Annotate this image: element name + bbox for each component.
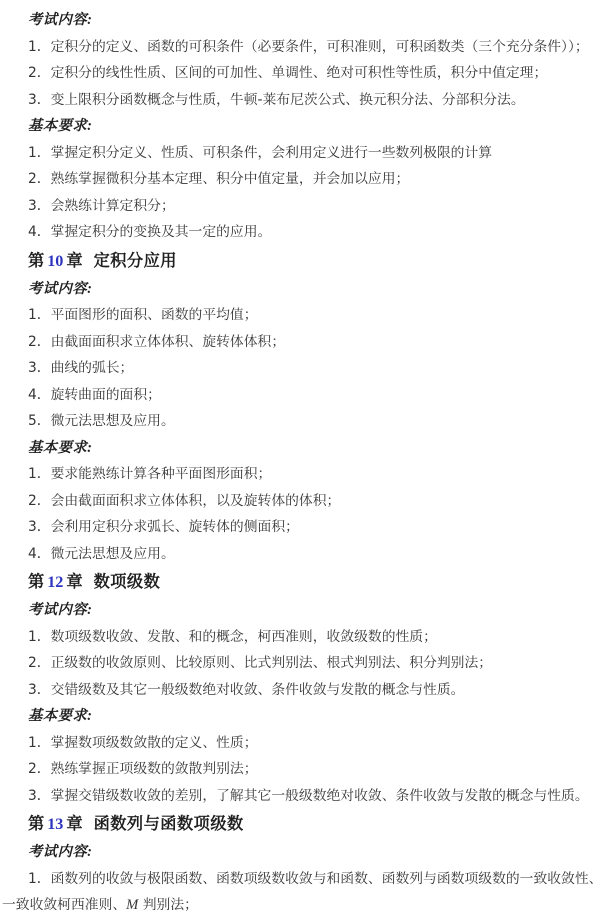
chapter-title: 数项级数: [94, 572, 161, 591]
chapter-number: 12: [44, 573, 66, 591]
list-item: 2．由截面面积求立体体积、旋转体体积；: [2, 329, 610, 356]
list-item-with-math: 1．函数列的收敛与极限函数、函数项级数收敛与和函数、函数列与函数项级数的一致收敛…: [2, 866, 610, 919]
list-item: 1．数项级数收敛、发散、和的概念，柯西准则，收敛级数的性质；: [2, 624, 610, 651]
section-label: 基本要求:: [2, 435, 610, 462]
section-label: 基本要求:: [2, 113, 610, 140]
list-item: 3．交错级数及其它一般级数绝对收敛、条件收敛与发散的概念与性质。: [2, 677, 610, 704]
chapter-number: 13: [44, 815, 66, 833]
list-item: 3．变上限积分函数概念与性质，牛顿-莱布尼茨公式、换元积分法、分部积分法。: [2, 87, 610, 114]
section-label: 考试内容:: [2, 597, 610, 624]
list-item: 4．掌握定积分的变换及其一定的应用。: [2, 219, 610, 246]
chapter-number: 10: [44, 252, 66, 270]
chapter-prefix: 第: [28, 251, 44, 270]
chapter-title: 定积分应用: [94, 251, 177, 270]
chapter-heading: 第12章数项级数: [2, 568, 610, 596]
list-item: 3．曲线的弧长；: [2, 355, 610, 382]
list-item: 1．掌握数项级数敛散的定义、性质；: [2, 730, 610, 757]
list-item: 2．正级数的收敛原则、比较原则、比式判别法、根式判别法、积分判别法；: [2, 650, 610, 677]
list-item: 5．微元法思想及应用。: [2, 408, 610, 435]
chapter-heading: 第10章定积分应用: [2, 247, 610, 275]
document-page: 考试内容: 1．定积分的定义、函数的可积条件（必要条件，可积准则，可积函数类（三…: [0, 0, 610, 919]
list-item: 1．要求能熟练计算各种平面图形面积；: [2, 461, 610, 488]
chapter-prefix: 第: [28, 572, 44, 591]
list-item: 3．掌握交错级数收敛的差别，了解其它一般级数绝对收敛、条件收敛与发散的概念与性质…: [2, 783, 610, 810]
list-item: 4．旋转曲面的面积；: [2, 382, 610, 409]
chapter-suffix: 章: [66, 814, 82, 833]
list-item-text: 1．函数列的收敛与极限函数、函数项级数收敛与和函数、函数列与函数项级数的一致收敛…: [2, 871, 602, 914]
chapter-suffix: 章: [66, 251, 82, 270]
list-item: 3．会利用定积分求弧长、旋转体的侧面积；: [2, 514, 610, 541]
list-item: 1．平面图形的面积、函数的平均值；: [2, 302, 610, 329]
section-label: 考试内容:: [2, 7, 610, 34]
chapter-title: 函数列与函数项级数: [94, 814, 244, 833]
list-item-text: 判别法；: [138, 897, 198, 913]
list-item: 2．熟练掌握微积分基本定理、积分中值定量，并会加以应用；: [2, 166, 610, 193]
list-item: 1．掌握定积分定义、性质、可积条件，会利用定义进行一些数列极限的计算: [2, 140, 610, 167]
list-item: 4．微元法思想及应用。: [2, 541, 610, 568]
chapter-prefix: 第: [28, 814, 44, 833]
math-variable-M: M: [126, 897, 138, 913]
section-label: 基本要求:: [2, 703, 610, 730]
list-item: 3．会熟练计算定积分；: [2, 193, 610, 220]
section-label: 考试内容:: [2, 276, 610, 303]
list-item: 2．熟练掌握正项级数的敛散判别法；: [2, 756, 610, 783]
list-item: 2．会由截面面积求立体体积，以及旋转体的体积；: [2, 488, 610, 515]
list-item: 2．定积分的线性性质、区间的可加性、单调性、绝对可积性等性质，积分中值定理；: [2, 60, 610, 87]
section-label: 考试内容:: [2, 839, 610, 866]
chapter-heading: 第13章函数列与函数项级数: [2, 810, 610, 838]
list-item: 1．定积分的定义、函数的可积条件（必要条件，可积准则，可积函数类（三个充分条件）…: [2, 34, 610, 61]
chapter-suffix: 章: [66, 572, 82, 591]
